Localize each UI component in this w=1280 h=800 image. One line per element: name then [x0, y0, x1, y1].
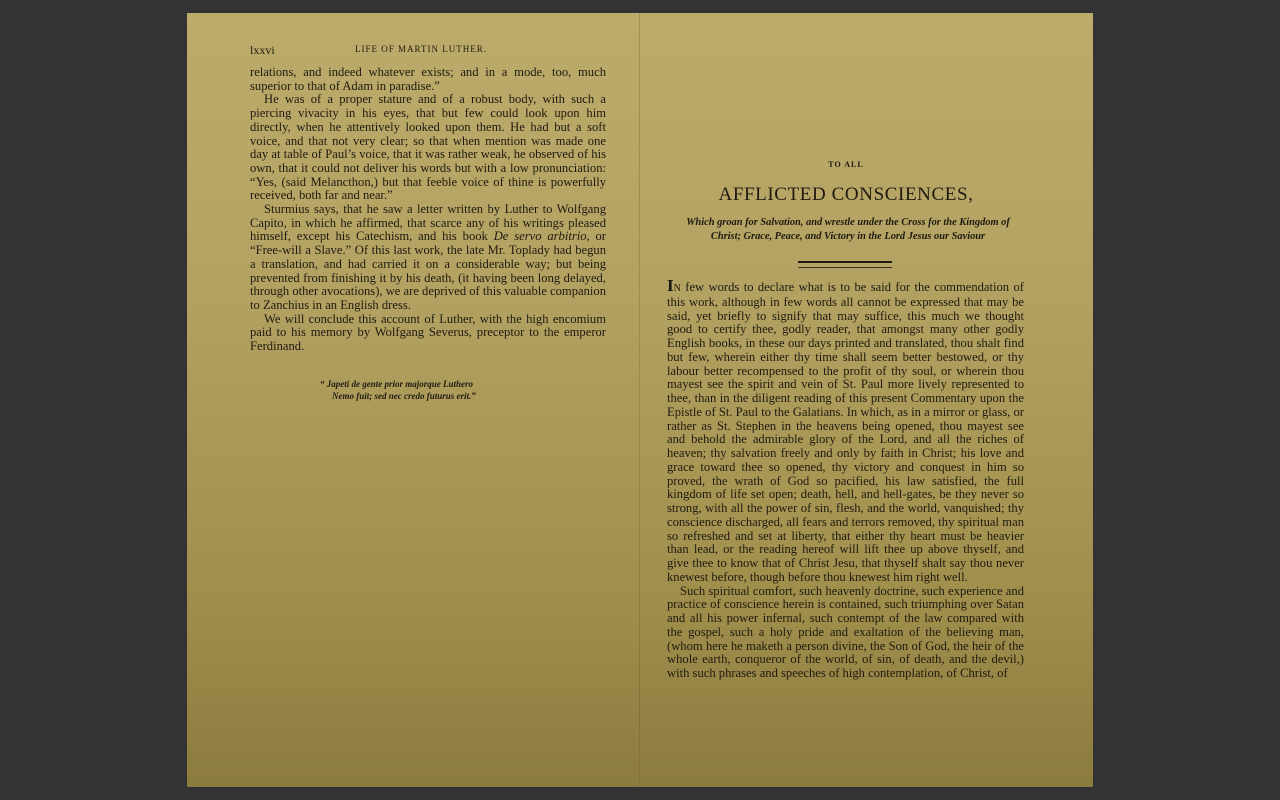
paragraph: Sturmius says, that he saw a letter writ… — [250, 203, 606, 313]
verse-line: “ Japeti de gente prior majorque Luthero — [320, 378, 580, 390]
left-page-body: relations, and indeed whatever exists; a… — [250, 66, 606, 354]
latin-verse: “ Japeti de gente prior majorque Luthero… — [320, 378, 580, 402]
page-number: lxxvi — [250, 43, 275, 58]
running-head: lxxvi LIFE OF MARTIN LUTHER. — [250, 43, 606, 57]
paragraph: relations, and indeed whatever exists; a… — [250, 66, 606, 93]
paragraph: Such spiritual comfort, such heavenly do… — [667, 585, 1024, 681]
running-head-title: LIFE OF MARTIN LUTHER. — [355, 44, 487, 54]
right-page-body: IN few words to declare what is to be sa… — [667, 280, 1024, 681]
dedication-heading: TO ALL — [640, 160, 1052, 169]
paragraph: We will conclude this account of Luther,… — [250, 313, 606, 354]
book-spread: lxxvi LIFE OF MARTIN LUTHER. relations, … — [187, 13, 1093, 787]
double-rule-divider — [798, 261, 892, 268]
page-subtitle: Which groan for Salvation, and wrestle u… — [670, 216, 1026, 244]
italic-title: De servo arbitrio, — [494, 229, 590, 243]
verse-line: Nemo fuit; sed nec credo futurus erit.” — [320, 390, 580, 402]
left-page: lxxvi LIFE OF MARTIN LUTHER. relations, … — [187, 13, 639, 787]
drop-cap: I — [667, 276, 674, 295]
paragraph: IN few words to declare what is to be sa… — [667, 280, 1024, 585]
paragraph: He was of a proper stature and of a robu… — [250, 93, 606, 203]
page-title: AFFLICTED CONSCIENCES, — [640, 184, 1052, 206]
right-page: TO ALL AFFLICTED CONSCIENCES, Which groa… — [640, 13, 1093, 787]
